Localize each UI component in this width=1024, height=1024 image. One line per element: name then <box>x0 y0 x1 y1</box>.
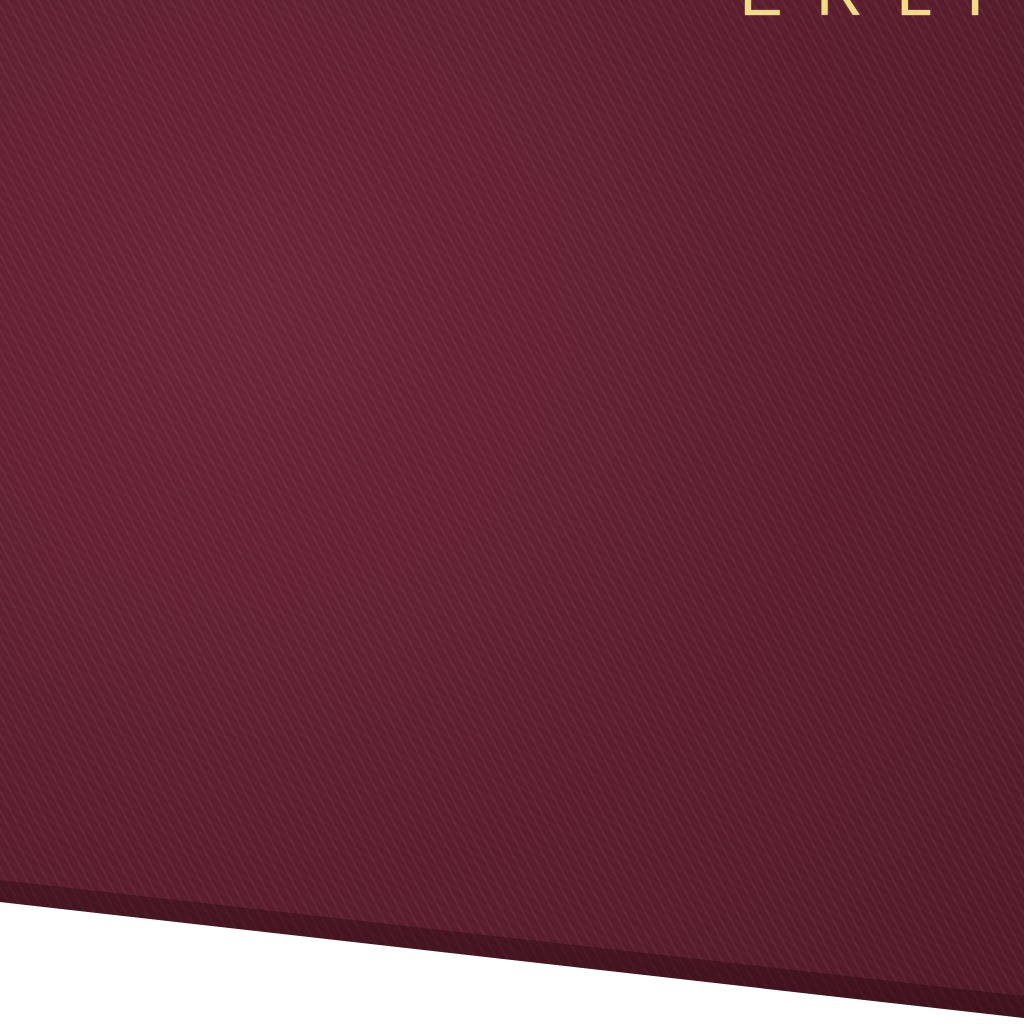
leather-cover <box>0 0 1024 1024</box>
gold-foil-lettering: ERLI <box>740 0 1018 30</box>
